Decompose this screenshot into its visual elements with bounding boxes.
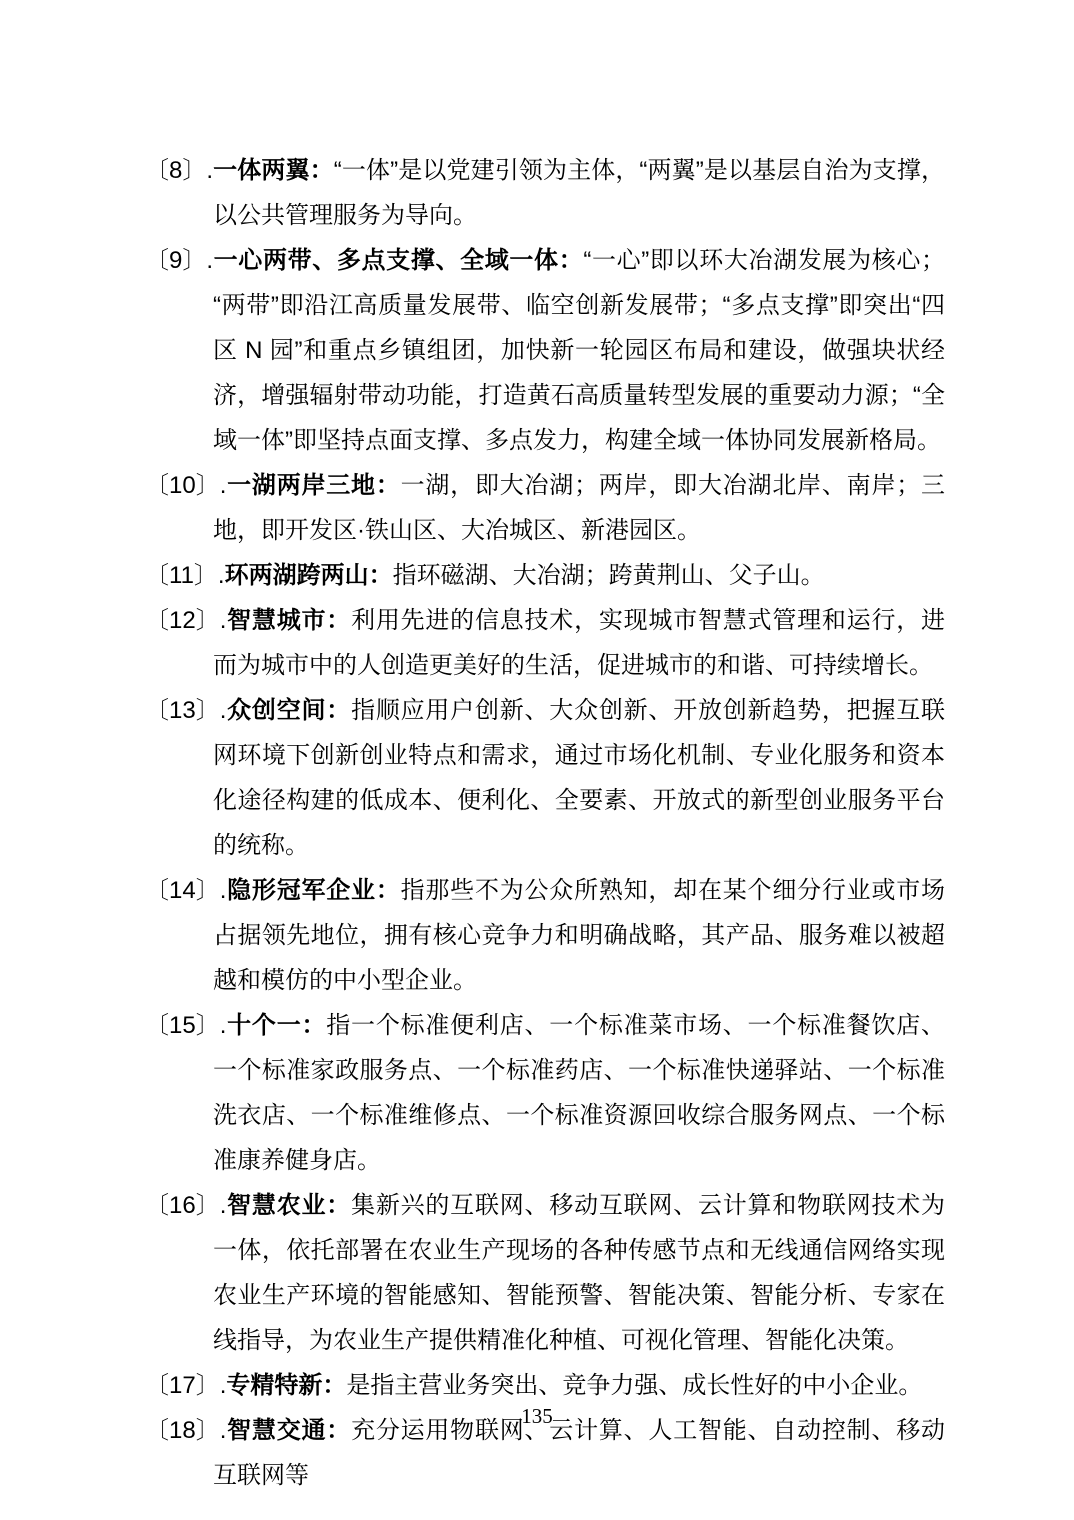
item-term: 一心两带、多点支撑、全域一体： <box>213 247 583 274</box>
item-marker: 〔11〕. <box>145 553 225 598</box>
glossary-item-11: 〔11〕.环两湖跨两山：指环磁湖、大冶湖；跨黄荆山、父子山。 <box>145 553 945 598</box>
glossary-item-15: 〔15〕.十个一：指一个标准便利店、一个标准菜市场、一个标准餐饮店、一个标准家政… <box>145 1003 945 1183</box>
glossary-item-17: 〔17〕.专精特新：是指主营业务突出、竞争力强、成长性好的中小企业。 <box>145 1363 945 1408</box>
item-marker: 〔14〕. <box>145 868 226 913</box>
document-page: 〔8〕.一体两翼：“一体”是以党建引领为主体，“两翼”是以基层自治为支撑，以公共… <box>0 0 1074 1520</box>
item-term: 一湖两岸三地： <box>226 472 400 499</box>
item-marker: 〔17〕. <box>145 1363 226 1408</box>
item-marker: 〔16〕. <box>145 1183 226 1228</box>
item-marker: 〔15〕. <box>145 1003 226 1048</box>
item-marker: 〔8〕. <box>145 148 213 193</box>
item-term: 十个一： <box>226 1012 326 1039</box>
item-term: 专精特新： <box>226 1372 346 1399</box>
glossary-item-16: 〔16〕.智慧农业：集新兴的互联网、移动互联网、云计算和物联网技术为一体，依托部… <box>145 1183 945 1363</box>
item-text: 指环磁湖、大冶湖；跨黄荆山、父子山。 <box>393 562 825 589</box>
glossary-item-14: 〔14〕.隐形冠军企业：指那些不为公众所熟知，却在某个细分行业或市场占据领先地位… <box>145 868 945 1003</box>
item-term: 智慧农业： <box>226 1192 351 1219</box>
item-marker: 〔12〕. <box>145 598 226 643</box>
glossary-item-13: 〔13〕.众创空间：指顺应用户创新、大众创新、开放创新趋势，把握互联网环境下创新… <box>145 688 945 868</box>
item-term: 环两湖跨两山： <box>225 562 393 589</box>
item-marker: 〔10〕. <box>145 463 226 508</box>
item-marker: 〔13〕. <box>145 688 226 733</box>
glossary-item-8: 〔8〕.一体两翼：“一体”是以党建引领为主体，“两翼”是以基层自治为支撑，以公共… <box>145 148 945 238</box>
page-number: 135 <box>0 1404 1074 1429</box>
glossary-item-12: 〔12〕.智慧城市：利用先进的信息技术，实现城市智慧式管理和运行，进而为城市中的… <box>145 598 945 688</box>
glossary-item-10: 〔10〕.一湖两岸三地：一湖，即大冶湖；两岸，即大冶湖北岸、南岸；三地，即开发区… <box>145 463 945 553</box>
item-term: 隐形冠军企业： <box>226 877 400 904</box>
item-text: “一心”即以环大冶湖发展为核心；“两带”即沿江高质量发展带、临空创新发展带；“多… <box>213 247 945 454</box>
glossary-list: 〔8〕.一体两翼：“一体”是以党建引领为主体，“两翼”是以基层自治为支撑，以公共… <box>145 148 945 1498</box>
item-term: 一体两翼： <box>213 157 334 184</box>
item-term: 智慧城市： <box>226 607 351 634</box>
item-term: 众创空间： <box>226 697 351 724</box>
item-text: 是指主营业务突出、竞争力强、成长性好的中小企业。 <box>346 1372 922 1399</box>
item-marker: 〔9〕. <box>145 238 213 283</box>
glossary-item-9: 〔9〕.一心两带、多点支撑、全域一体：“一心”即以环大冶湖发展为核心；“两带”即… <box>145 238 945 463</box>
